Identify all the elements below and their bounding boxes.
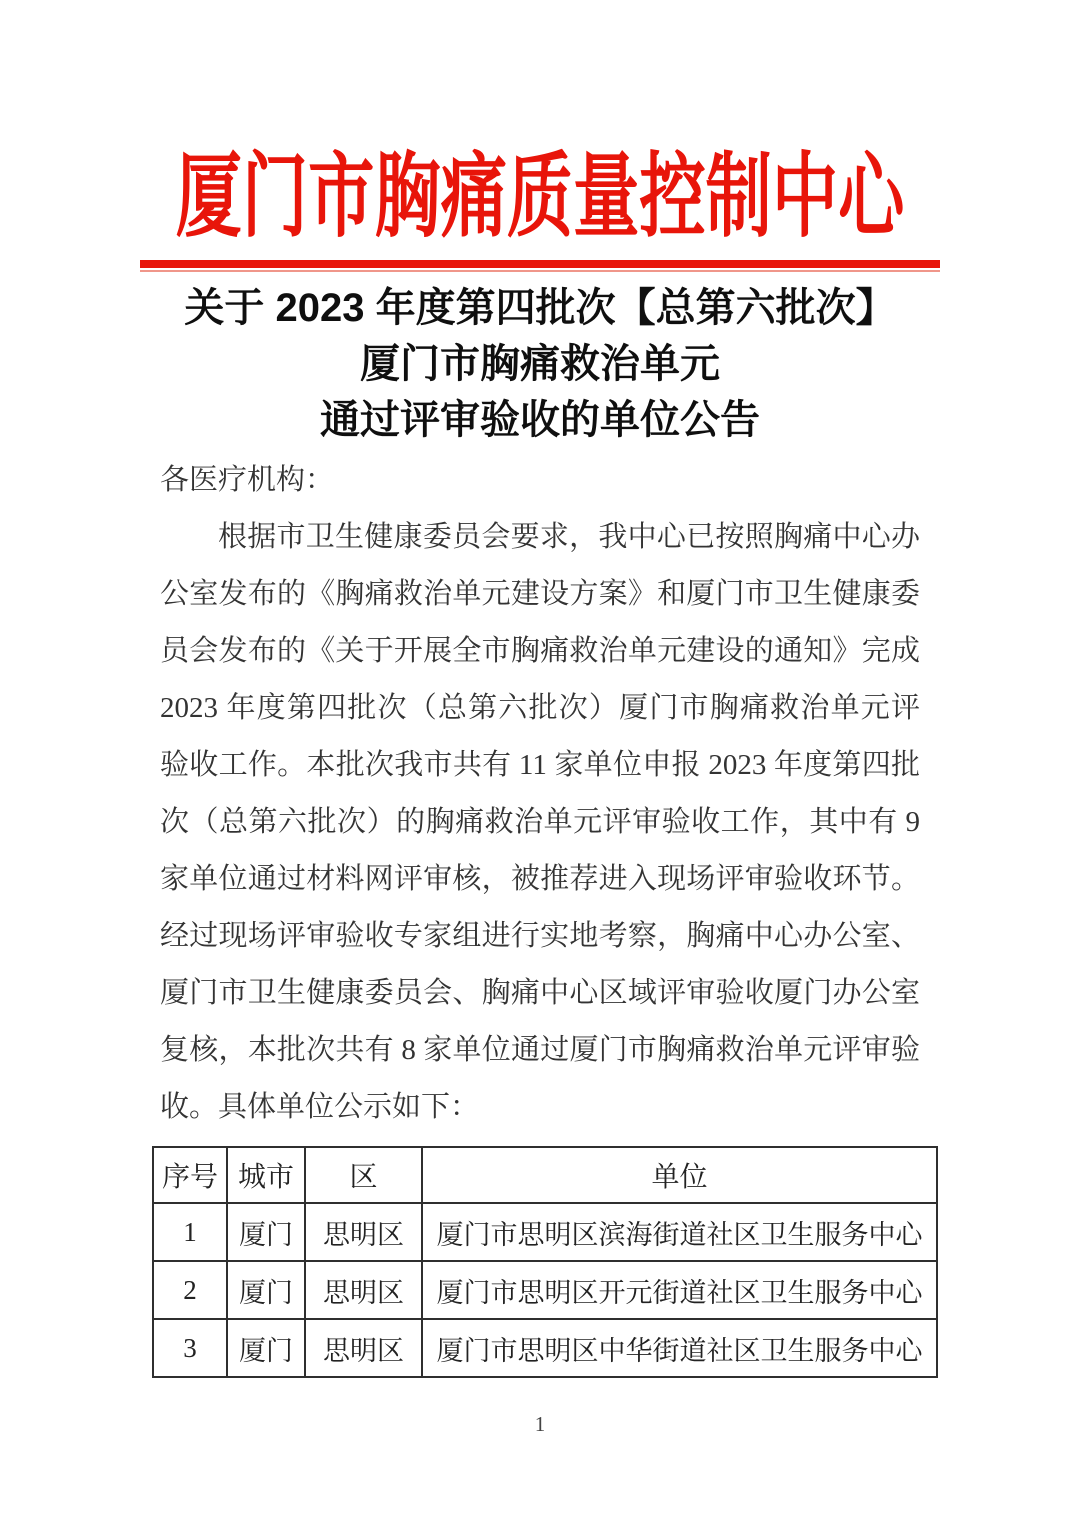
page-number: 1 xyxy=(0,1412,1080,1437)
doc-title-line: 通过评审验收的单位公告 xyxy=(0,392,1080,448)
table-cell: 厦门 xyxy=(227,1261,305,1319)
body-line: 根据市卫生健康委员会要求，我中心已按照胸痛中心办 xyxy=(160,509,920,566)
divider-thick-line xyxy=(140,260,940,268)
body-line: 公室发布的《胸痛救治单元建设方案》和厦门市卫生健康委 xyxy=(160,566,920,623)
table-cell: 思明区 xyxy=(305,1203,422,1261)
table-cell: 厦门 xyxy=(227,1203,305,1261)
body-line: 员会发布的《关于开展全市胸痛救治单元建设的通知》完成 xyxy=(160,623,920,680)
table-cell: 厦门市思明区滨海街道社区卫生服务中心 xyxy=(422,1203,937,1261)
body-line: 厦门市卫生健康委员会、胸痛中心区域评审验收厦门办公室 xyxy=(160,965,920,1022)
column-header: 单位 xyxy=(422,1147,937,1203)
table-row: 1厦门思明区厦门市思明区滨海街道社区卫生服务中心 xyxy=(153,1203,937,1261)
column-header: 城市 xyxy=(227,1147,305,1203)
column-header: 序号 xyxy=(153,1147,227,1203)
table-cell: 厦门 xyxy=(227,1319,305,1377)
doc-title-line: 厦门市胸痛救治单元 xyxy=(0,336,1080,392)
title-divider xyxy=(140,260,940,272)
table-cell: 思明区 xyxy=(305,1261,422,1319)
doc-title: 关于 2023 年度第四批次【总第六批次】厦门市胸痛救治单元通过评审验收的单位公… xyxy=(0,280,1080,448)
table-cell: 2 xyxy=(153,1261,227,1319)
table-row: 3厦门思明区厦门市思明区中华街道社区卫生服务中心 xyxy=(153,1319,937,1377)
announcement-body: 各医疗机构：根据市卫生健康委员会要求，我中心已按照胸痛中心办公室发布的《胸痛救治… xyxy=(160,452,920,1136)
table-cell: 1 xyxy=(153,1203,227,1261)
divider-thin-line xyxy=(140,270,940,272)
body-line: 经过现场评审验收专家组进行实地考察，胸痛中心办公室、 xyxy=(160,908,920,965)
body-line: 各医疗机构： xyxy=(160,452,920,509)
body-line: 家单位通过材料网评审核，被推荐进入现场评审验收环节。 xyxy=(160,851,920,908)
column-header: 区 xyxy=(305,1147,422,1203)
body-line: 2023 年度第四批次（总第六批次）厦门市胸痛救治单元评审 xyxy=(160,680,920,737)
body-line: 次（总第六批次）的胸痛救治单元评审验收工作，其中有 9 xyxy=(160,794,920,851)
table-row: 2厦门思明区厦门市思明区开元街道社区卫生服务中心 xyxy=(153,1261,937,1319)
body-line: 验收工作。本批次我市共有 11 家单位申报 2023 年度第四批 xyxy=(160,737,920,794)
org-title: 厦门市胸痛质量控制中心 xyxy=(151,146,929,248)
table-cell: 3 xyxy=(153,1319,227,1377)
table-header-row: 序号城市区单位 xyxy=(153,1147,937,1203)
body-line: 收。具体单位公示如下： xyxy=(160,1079,920,1136)
table-cell: 思明区 xyxy=(305,1319,422,1377)
table-cell: 厦门市思明区中华街道社区卫生服务中心 xyxy=(422,1319,937,1377)
units-table: 序号城市区单位 1厦门思明区厦门市思明区滨海街道社区卫生服务中心2厦门思明区厦门… xyxy=(152,1146,938,1378)
table-cell: 厦门市思明区开元街道社区卫生服务中心 xyxy=(422,1261,937,1319)
doc-title-line: 关于 2023 年度第四批次【总第六批次】 xyxy=(0,280,1080,336)
document-page: 厦门市胸痛质量控制中心 关于 2023 年度第四批次【总第六批次】厦门市胸痛救治… xyxy=(0,0,1080,1527)
body-line: 复核，本批次共有 8 家单位通过厦门市胸痛救治单元评审验 xyxy=(160,1022,920,1079)
